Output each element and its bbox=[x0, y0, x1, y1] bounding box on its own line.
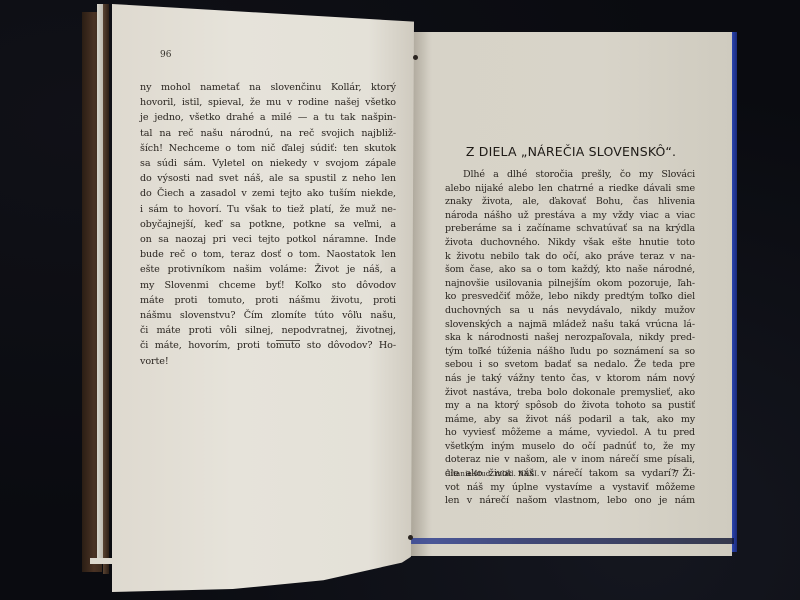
text-line: najnovšie usilovania pilnejším okom pozo… bbox=[445, 277, 695, 291]
left-page-body: ny mohol nametať na slovenčinu Kollár, k… bbox=[140, 80, 396, 369]
text-line: znaky života, ale, ďakovať Bohu, čas hli… bbox=[445, 195, 695, 209]
text-line: k životu nebilo tak do očí, ako práve te… bbox=[445, 250, 695, 264]
text-line: vorte! bbox=[140, 354, 396, 369]
text-line: tal na reč našu národnú, na reč svojich … bbox=[140, 126, 396, 141]
text-line: my Slovenmi chceme byť! Koľko sto dôvodo… bbox=[140, 278, 396, 293]
text-line: nás je taký vážny tento čas, v ktorom ná… bbox=[445, 372, 695, 386]
text-line: či máte proti vôli silnej, nepodvratnej,… bbox=[140, 323, 396, 338]
blue-cover-edge-bottom bbox=[404, 538, 734, 544]
text-line: alebo nijaké alebo len chatrné a riedke … bbox=[445, 182, 695, 196]
text-line: máme, aby sa život náš podaril a tak, ak… bbox=[445, 413, 695, 427]
text-line: ny mohol nametať na slovenčinu Kollár, k… bbox=[140, 80, 396, 95]
text-line: sebou i so svetom badať sa nedalo. Že te… bbox=[445, 358, 695, 372]
text-line: tým toľké túženia nášho ľudu po soznámen… bbox=[445, 345, 695, 359]
text-line: ho vyviesť môžeme a máme, vyviedol. A tu… bbox=[445, 426, 695, 440]
text-line: hovoril, istil, spieval, že mu v rodine … bbox=[140, 95, 396, 110]
text-line: či máte, hovorím, proti tomuto sto dôvod… bbox=[140, 338, 396, 353]
text-line: preberáme sa i začíname schvatúvať sa na… bbox=[445, 222, 695, 236]
text-line: on sa naozaj pri veci tejto potkol náram… bbox=[140, 232, 396, 247]
text-line: duchovných sa u nás nevydávalo, nikdy mu… bbox=[445, 304, 695, 318]
binding-stitch-hole bbox=[408, 535, 413, 540]
text-line: sa súdi sám. Vyletel on niekedy v svojom… bbox=[140, 156, 396, 171]
text-line: len v nárečí našom vlastnom, lebo ono je… bbox=[445, 494, 695, 508]
text-line: bude reč o tom, teraz dosť o tom. Naosta… bbox=[140, 247, 396, 262]
text-line: Dlhé a dlhé storočia prešly, čo my Slová… bbox=[445, 168, 695, 182]
text-line: slovenských a najmä mládež našu taká vrú… bbox=[445, 318, 695, 332]
text-line: šom čase, ako sa o tom každý, kto naše n… bbox=[445, 263, 695, 277]
text-line: ešte protivníkom našim voláme: Život je … bbox=[140, 262, 396, 277]
text-line: obyčajnejší, keď sa potkne, potkne sa ve… bbox=[140, 217, 396, 232]
text-line: i sám to hovorí. Tu však to tiež platí, … bbox=[140, 202, 396, 217]
printer-signature: Čítanie štud. mlád. XXXI. bbox=[445, 470, 539, 478]
text-line: národa nášho už prestáva a my vždy viac … bbox=[445, 209, 695, 223]
text-line: do Čiech a zasadol v zemi tejto ako tuší… bbox=[140, 186, 396, 201]
text-line: života duchovného. Nikdy však ešte hnuti… bbox=[445, 236, 695, 250]
text-line: život nastáva, treba bolo dokonale premy… bbox=[445, 386, 695, 400]
text-line: my a na ktorý spôsob do života tohoto sa… bbox=[445, 399, 695, 413]
page-edge-foot bbox=[90, 558, 114, 564]
text-line: doteraz nie v našom, ale v inom nárečí s… bbox=[445, 453, 695, 467]
text-line: je jedno, všetko drahé a milé — a tu tak… bbox=[140, 110, 396, 125]
text-line: vot náš my úplne vystavíme a vystaviť mô… bbox=[445, 481, 695, 495]
book-cover-edge bbox=[103, 4, 109, 574]
section-end-dash bbox=[276, 340, 300, 341]
text-line: nášmu slovenstvu? Čím zlomíte túto vôľu … bbox=[140, 308, 396, 323]
text-line: ko presvedčiť môže, lebo nikdy predtým t… bbox=[445, 290, 695, 304]
blue-cover-edge-right bbox=[732, 32, 737, 552]
right-page-body: Dlhé a dlhé storočia prešly, čo my Slová… bbox=[445, 168, 695, 508]
text-line: do výsosti nad svet náš, ale sa spustil … bbox=[140, 171, 396, 186]
text-line: ska k národnosti našej nerozpaľovala, ni… bbox=[445, 331, 695, 345]
text-line: máte proti tomuto, proti nášmu životu, p… bbox=[140, 293, 396, 308]
text-line: všetkým iným muselo do očí padnúť to, že… bbox=[445, 440, 695, 454]
text-line: ších! Nechceme o tom nič ďalej súdiť: te… bbox=[140, 141, 396, 156]
binding-stitch-hole bbox=[413, 55, 418, 60]
page-number-left: 96 bbox=[160, 50, 171, 60]
chapter-title: Z DIELA „NÁREČIA SLOVENSKÔ“. bbox=[447, 144, 695, 159]
page-number-right: 7 bbox=[673, 469, 679, 480]
